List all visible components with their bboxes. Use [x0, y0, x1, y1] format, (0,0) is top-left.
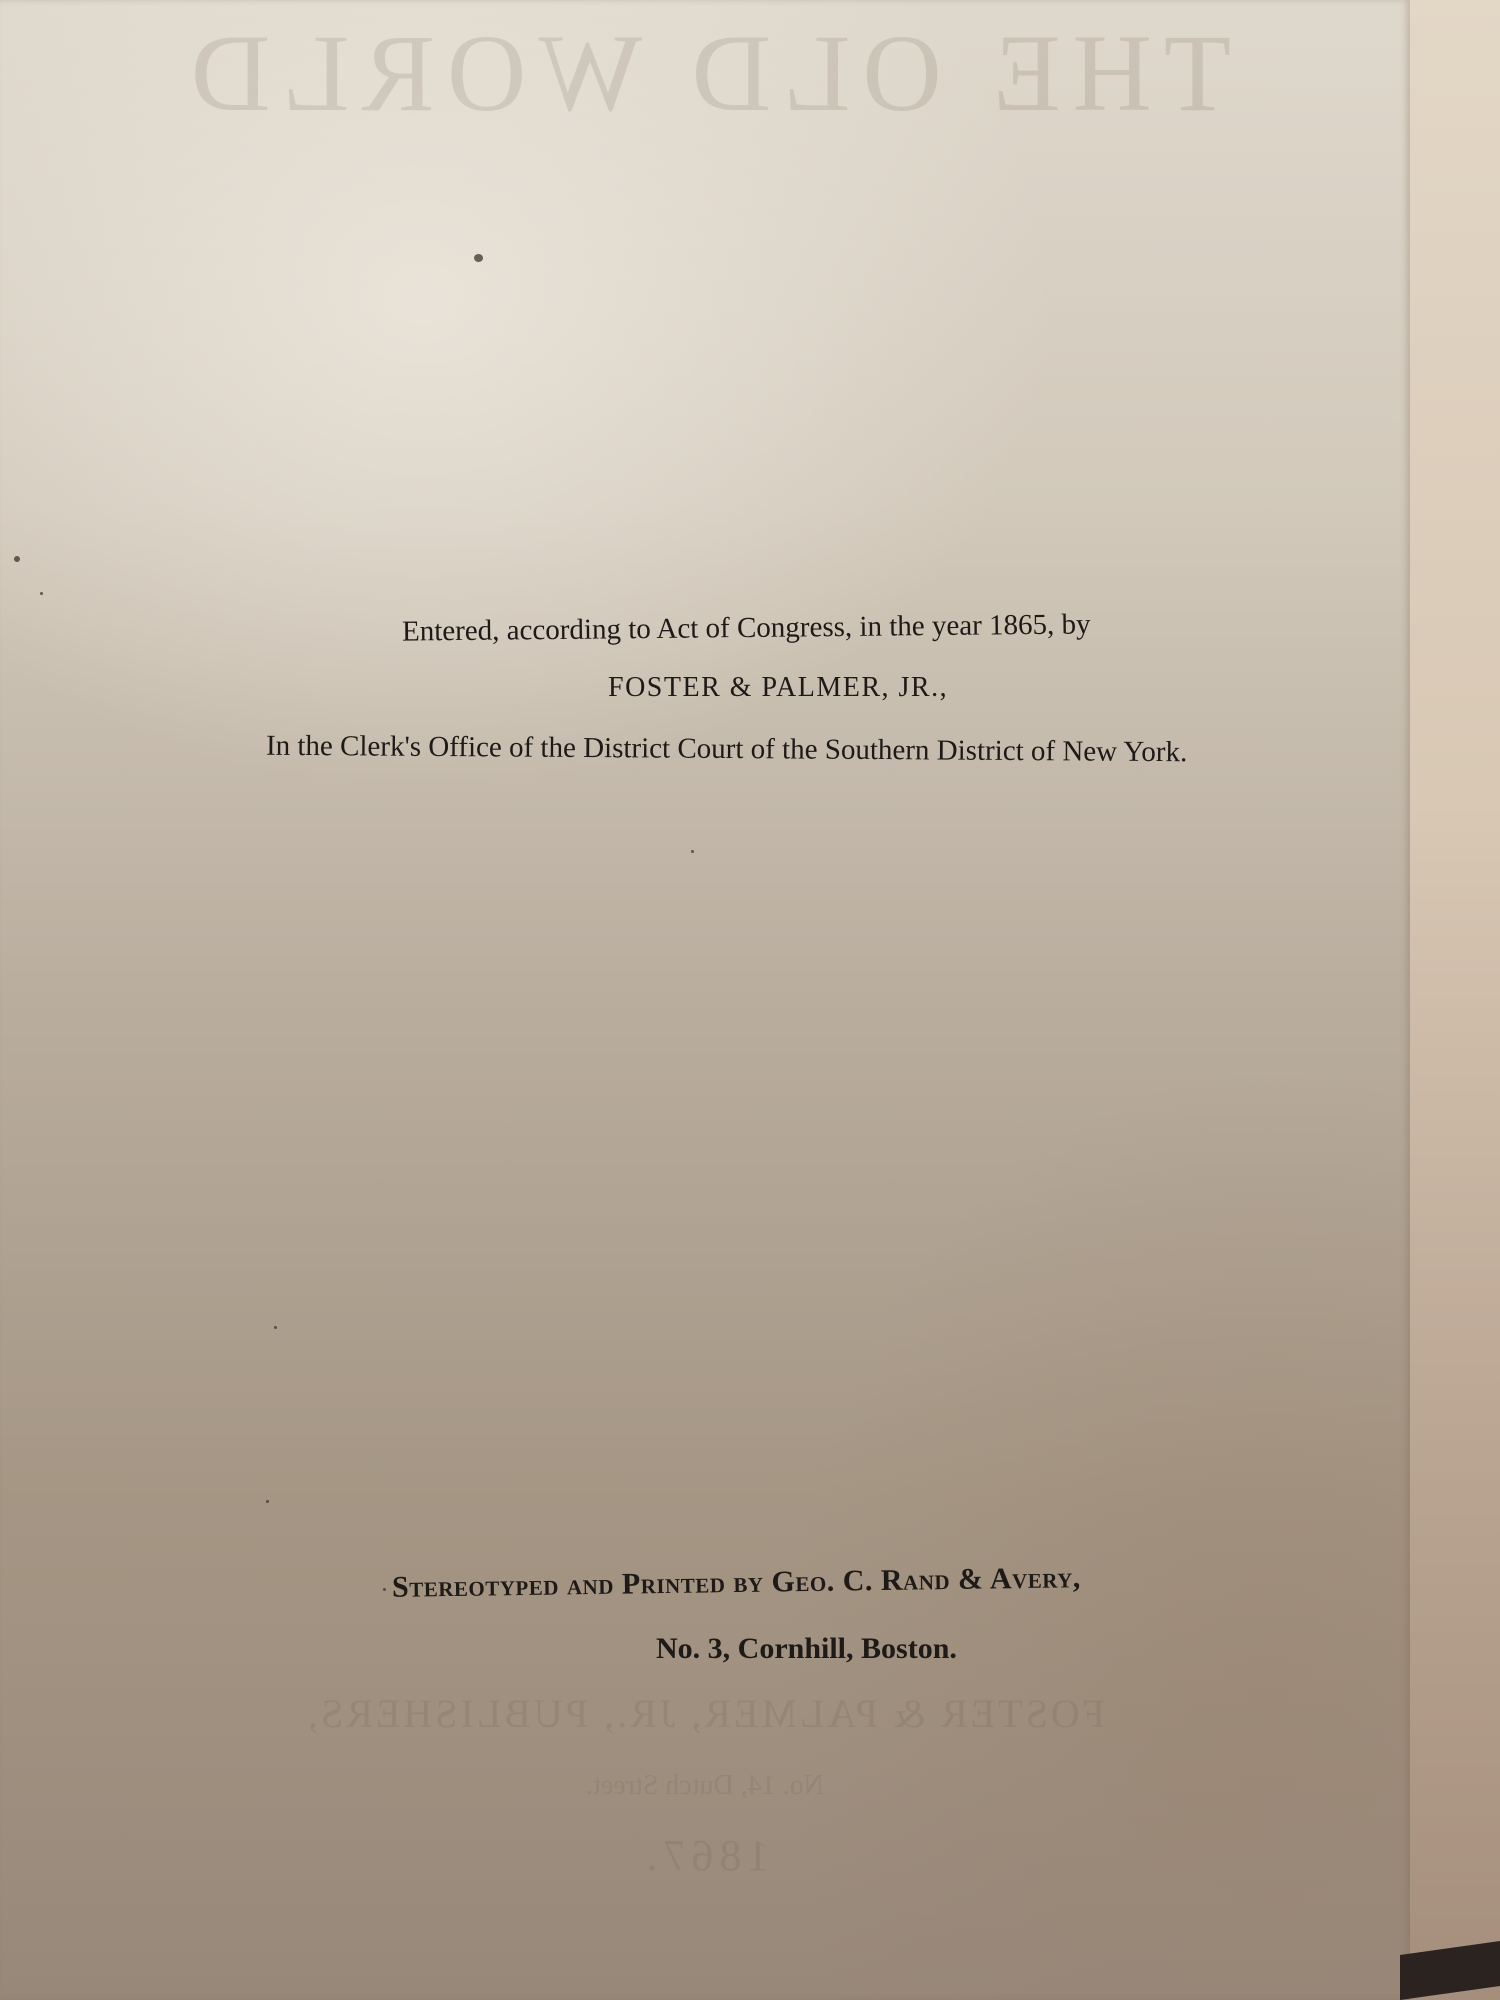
bleed-through-address: No. 14, Dutch Street. — [0, 1770, 1410, 1802]
printer-address-line: No. 3, Cornhill, Boston. — [656, 1632, 957, 1666]
book-page-photo: THE OLD WORLD FOSTER & PALMER, JR., PUBL… — [0, 0, 1500, 2000]
paper-speck — [14, 556, 20, 562]
paper-speck — [474, 254, 483, 262]
next-page-edge — [1410, 0, 1500, 2000]
book-page: THE OLD WORLD FOSTER & PALMER, JR., PUBL… — [0, 0, 1410, 2000]
paper-speck — [266, 1500, 269, 1503]
printer-imprint-line: Stereotyped and Printed by Geo. C. Rand … — [392, 1561, 1081, 1605]
paper-speck — [274, 1326, 277, 1329]
bleed-through-title: THE OLD WORLD — [0, 10, 1410, 137]
bleed-through-year: 1867. — [0, 1830, 1410, 1881]
bleed-through-publisher: FOSTER & PALMER, JR., PUBLISHERS, — [0, 1690, 1410, 1737]
copyright-line-entered: Entered, according to Act of Congress, i… — [402, 608, 1091, 648]
paper-speck — [40, 592, 43, 595]
copyright-line-publisher: FOSTER & PALMER, JR., — [608, 672, 948, 704]
copyright-line-clerk-office: In the Clerk's Office of the District Co… — [266, 730, 1187, 769]
paper-speck — [691, 850, 694, 853]
paper-speck — [383, 1588, 386, 1591]
